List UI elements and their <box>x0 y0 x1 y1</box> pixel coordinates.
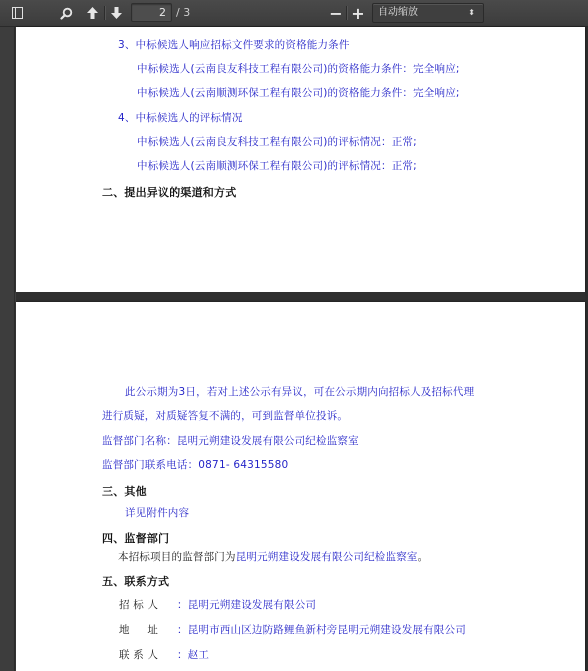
text-line: 4、中标候选人的评标情况 <box>118 110 243 125</box>
contact-value: ：昆明市西山区边防路鲤鱼新村旁昆明元朔建设发展有限公司 <box>177 624 466 636</box>
text-span: 昆明元朔建设发展有限公司纪检监察室 <box>236 551 418 563</box>
pdf-toolbar: 2 / 3 − + 自动缩放 ⬍ <box>0 0 588 27</box>
arrow-up-icon <box>86 6 99 20</box>
text-span: 。 <box>418 551 429 563</box>
zoom-in-button[interactable]: + <box>351 4 365 22</box>
sidebar-edge <box>0 27 15 671</box>
next-page-button[interactable] <box>108 4 124 22</box>
zoom-out-button[interactable]: − <box>329 4 343 22</box>
text-line: 进行质疑，对质疑答复不满的，可到监督单位投诉。 <box>102 408 348 423</box>
text-line: 监督部门名称：昆明元朔建设发展有限公司纪检监察室 <box>102 433 359 448</box>
text-line: 监督部门联系电话：0871- 64315580 <box>102 457 288 472</box>
contact-row: 地 址：昆明市西山区边防路鲤鱼新村旁昆明元朔建设发展有限公司 <box>119 622 466 637</box>
zoom-select[interactable]: 自动缩放 ⬍ <box>372 3 484 23</box>
contact-row: 招 标 人：昆明元朔建设发展有限公司 <box>119 597 316 612</box>
text-line: 详见附件内容 <box>125 505 189 520</box>
contact-value: ：昆明元朔建设发展有限公司 <box>177 599 316 611</box>
contact-row: 联 系 人：赵工 <box>119 647 209 662</box>
text-line: 中标候选人(云南顺测环保工程有限公司)的资格能力条件：完全响应; <box>137 85 460 100</box>
sidebar-toggle-icon <box>12 7 23 19</box>
arrow-down-icon <box>110 6 123 20</box>
zoom-select-value: 自动缩放 <box>378 7 418 18</box>
sidebar-toggle-button[interactable] <box>8 4 26 22</box>
text-span: 本招标项目的监督部门为 <box>118 551 236 563</box>
page-count: / 3 <box>176 6 190 19</box>
page-gap <box>16 292 585 302</box>
toolbar-separator <box>104 6 105 20</box>
page-number-input[interactable]: 2 <box>131 3 172 22</box>
contact-value: ：赵工 <box>177 649 209 661</box>
contact-label: 地 址 <box>119 622 177 637</box>
text-line: 中标候选人(云南良友科技工程有限公司)的评标情况：正常; <box>137 134 417 149</box>
text-line: 此公示期为3日，若对上述公示有异议，可在公示期内向招标人及招标代理 <box>125 384 474 399</box>
find-button[interactable] <box>58 4 74 22</box>
search-icon <box>60 7 73 20</box>
previous-page-button[interactable] <box>84 4 100 22</box>
contact-label: 招 标 人 <box>119 597 177 612</box>
text-line: 本招标项目的监督部门为昆明元朔建设发展有限公司纪检监察室。 <box>118 549 428 564</box>
section-heading: 三、其他 <box>102 483 147 499</box>
toolbar-separator <box>346 6 347 20</box>
section-heading: 五、联系方式 <box>102 573 169 589</box>
contact-label: 联 系 人 <box>119 647 177 662</box>
pdf-page-2: 此公示期为3日，若对上述公示有异议，可在公示期内向招标人及招标代理 进行质疑，对… <box>16 302 585 671</box>
text-line: 中标候选人(云南顺测环保工程有限公司)的评标情况：正常; <box>137 158 417 173</box>
text-line: 3、中标候选人响应招标文件要求的资格能力条件 <box>118 37 350 52</box>
section-heading: 二、提出异议的渠道和方式 <box>102 184 236 200</box>
text-line: 中标候选人(云南良友科技工程有限公司)的资格能力条件：完全响应; <box>137 61 460 76</box>
section-heading: 四、监督部门 <box>102 530 169 546</box>
pdf-page-1: 3、中标候选人响应招标文件要求的资格能力条件 中标候选人(云南良友科技工程有限公… <box>16 27 585 292</box>
select-arrows-icon: ⬍ <box>468 4 475 22</box>
